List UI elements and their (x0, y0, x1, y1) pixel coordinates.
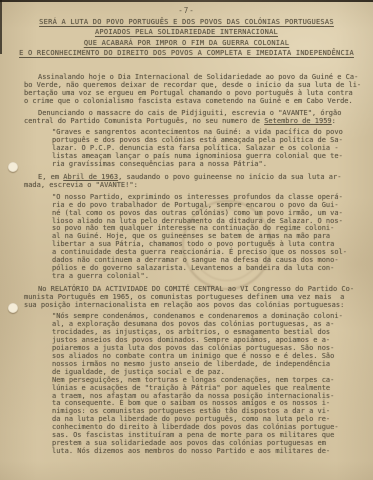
quote-block: "Nós sempre condenámos, condenamos e con… (52, 313, 363, 455)
scan-top-edge (0, 0, 373, 2)
title-line: QUE ACABARÁ POR IMPOR O FIM DA GUERRA CO… (0, 38, 373, 48)
document-body: Assinalando hoje o Dia Internacional de … (24, 74, 363, 461)
text-line: sua posição internacionalista em relação… (24, 302, 363, 310)
scanned-document-page: -7- SERÁ A LUTA DO POVO PORTUGUÊS E DOS … (0, 0, 373, 480)
underlined-text: Setembro de 1959 (264, 117, 331, 125)
quote-block: "Graves e sangrentos acontecimentos na G… (52, 129, 363, 169)
punch-hole (8, 303, 18, 313)
text-line: tra a guerra colonial". (52, 273, 363, 281)
text-line: mada, escrevia o "AVANTE!": (24, 182, 363, 190)
title-line: SERÁ A LUTA DO POVO PORTUGUÊS E DOS POVO… (0, 17, 373, 27)
paragraph-block: Denunciando o massacre do cais de Pidjig… (24, 110, 363, 126)
text-line: luta. Nós dizemos aos membros do nosso P… (52, 448, 363, 456)
underlined-text: Abril de 1963 (63, 173, 118, 181)
paragraph-block: Assinalando hoje o Dia Internacional de … (24, 74, 363, 106)
paragraph-block: E, em Abril de 1963, saudando o povo gui… (24, 174, 363, 190)
page-number: -7- (0, 6, 373, 15)
document-title: SERÁ A LUTA DO POVO PORTUGUÊS E DOS POVO… (0, 17, 373, 58)
punch-hole (8, 162, 18, 172)
text-line: o crime que o colonialismo fascista esta… (24, 98, 363, 106)
title-line: APOIADOS PELA SOLIDARIEDADE INTERNACIONA… (0, 27, 373, 37)
text-line: ria gravíssimas consequências para a nos… (52, 161, 363, 169)
text-line: central do Partido Comunista Português, … (24, 118, 363, 126)
quote-block: "O nosso Partido, exprimindo os interess… (52, 194, 363, 281)
paragraph-block: No RELATÓRIO DA ACTIVIDADE DO COMITÉ CEN… (24, 286, 363, 310)
title-line: E O RECONHECIMENTO DO DIREITO DOS POVOS … (0, 48, 373, 58)
